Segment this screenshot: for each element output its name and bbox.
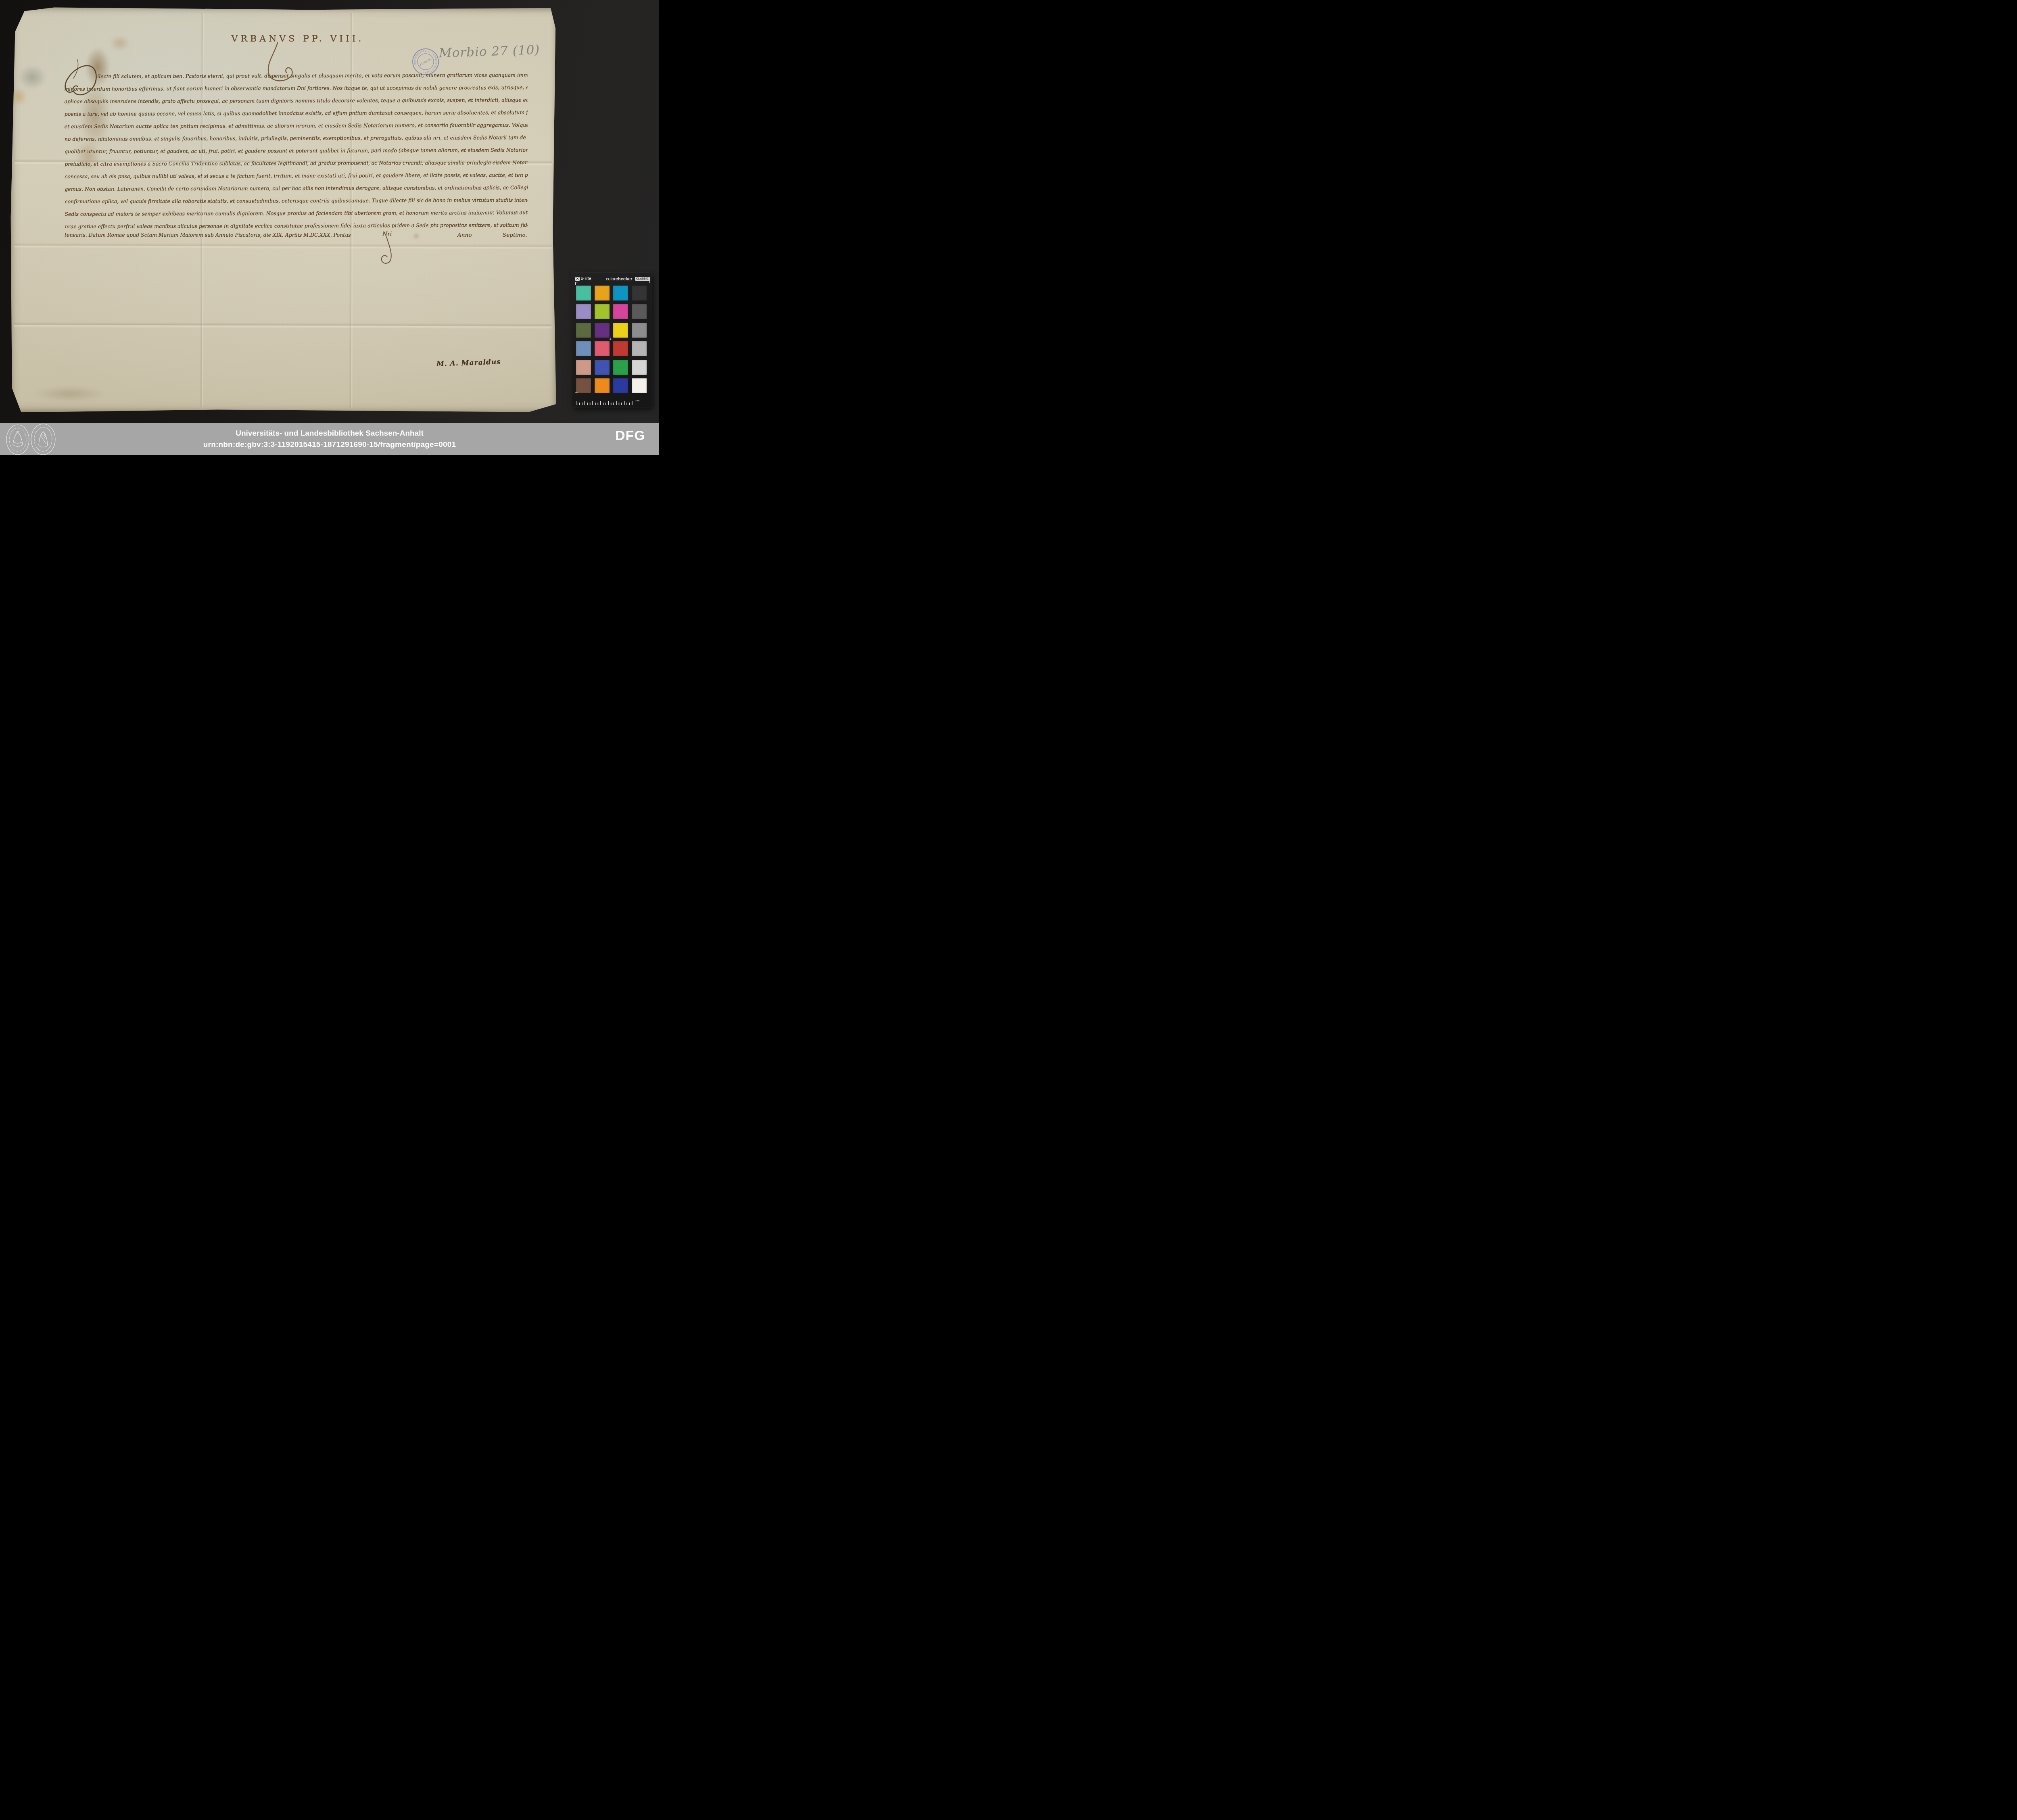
university-seals xyxy=(3,424,62,455)
manuscript-line: gemus. Non obstan. Lateranen. Concilii d… xyxy=(65,181,528,195)
color-patch xyxy=(576,341,591,356)
dateline-word-septimo: Septimo. xyxy=(503,232,527,238)
color-patch xyxy=(595,286,610,301)
color-patch xyxy=(613,323,628,338)
color-patch xyxy=(576,304,591,319)
seal-right xyxy=(31,424,55,455)
color-patch xyxy=(576,286,591,301)
ruler-unit-label: mm xyxy=(635,399,639,402)
document-title: VRBANVS PP. VIII. xyxy=(177,34,419,44)
metadata-footer-band: Universitäts- und Landesbibliothek Sachs… xyxy=(0,423,659,455)
registration-corner-mark xyxy=(647,280,650,283)
color-patch xyxy=(595,378,610,393)
color-patch xyxy=(632,360,647,375)
digitized-scan-stage: VRBANVS PP. VIII. ilecte fili salutem, e… xyxy=(0,0,659,455)
color-patch xyxy=(632,323,647,338)
colorchecker-header: ✕ x·rite colorchecker CLASSIC xyxy=(572,276,651,284)
xrite-icon: ✕ xyxy=(575,277,580,281)
color-patch xyxy=(613,341,628,356)
color-patch xyxy=(632,304,647,319)
color-patch xyxy=(595,323,610,338)
manuscript-line: nrae gratiae effectu perfrui valeas mani… xyxy=(65,219,528,233)
manuscript-line: no deferens, nihilominus omnibus, et sin… xyxy=(65,131,528,145)
color-patch xyxy=(632,378,647,393)
urn-identifier: urn:nbn:de:gbv:3:3-1192015415-1871291690… xyxy=(122,440,537,449)
color-patch xyxy=(576,360,591,375)
color-patch xyxy=(632,286,647,301)
xrite-brand-text: x·rite xyxy=(581,277,591,281)
dateline-word-anno: Anno xyxy=(457,232,472,238)
color-patch xyxy=(613,360,628,375)
horizontal-fold-crease xyxy=(15,242,552,249)
manuscript-line: ilecte fili salutem, et aplicam ben. Pas… xyxy=(64,69,527,83)
ruler-ticks xyxy=(576,400,633,405)
manuscript-line: aplicae obsequiis inseruiens intendis, g… xyxy=(65,94,528,108)
horizontal-fold-crease xyxy=(14,322,551,329)
color-patch xyxy=(613,286,628,301)
small-stain xyxy=(413,234,420,239)
smudge-stain xyxy=(109,35,130,51)
smudge-stain xyxy=(11,87,27,106)
manuscript-line: et eiusdem Sedis Notarium auctte aplica … xyxy=(65,119,528,133)
color-patch xyxy=(595,341,610,356)
dfg-logo: DFG xyxy=(615,428,645,444)
xrite-logo: ✕ x·rite xyxy=(575,277,591,281)
manuscript-line: poenis a iure, vel ab homine quauis occo… xyxy=(65,106,528,120)
color-patch xyxy=(595,304,610,319)
color-patch xyxy=(632,341,647,356)
dateline-word-nri: Nri xyxy=(382,231,392,238)
registration-corner-mark xyxy=(575,389,578,392)
colorchecker-title-bold: checker xyxy=(616,277,633,282)
manuscript-body: ilecte fili salutem, et aplicam ben. Pas… xyxy=(64,69,528,233)
color-patch xyxy=(613,378,628,393)
color-patch xyxy=(595,360,610,375)
manuscript-line: quolibet utuntur, fruuntur, potiuntur, e… xyxy=(65,144,528,158)
manuscript-line: minores interdum honoribus efferimus, ut… xyxy=(64,81,527,95)
colorchecker-title: colorchecker xyxy=(606,277,632,282)
stamp-center-text: Halle/S. xyxy=(419,57,432,67)
registration-corner-mark xyxy=(575,282,578,285)
manuscript-line: concessa, seu ab eis pnsa, quibus nullib… xyxy=(65,169,528,183)
manuscript-line: confirmatione aplica, vel quauis firmita… xyxy=(65,194,528,208)
edge-shadow xyxy=(33,386,106,402)
manuscript-line: preiudicio, et citra exemptiones a Sacro… xyxy=(65,156,528,170)
registration-cross-mark: + xyxy=(609,337,612,342)
seal-left xyxy=(6,425,29,455)
color-patch xyxy=(613,304,628,319)
smudge-stain xyxy=(18,65,46,89)
colorchecker-card: ✕ x·rite colorchecker CLASSIC + mm xyxy=(572,273,651,407)
library-name: Universitäts- und Landesbibliothek Sachs… xyxy=(122,429,537,438)
color-patch xyxy=(576,378,591,393)
dateline-prefix: tenearis. Datum Romae apud Sctam Mariam … xyxy=(65,232,351,238)
colorchecker-title-light: color xyxy=(606,277,616,282)
manuscript-line: Sedis conspectu ad maiora te semper exhi… xyxy=(65,206,528,220)
color-patch xyxy=(576,323,591,338)
